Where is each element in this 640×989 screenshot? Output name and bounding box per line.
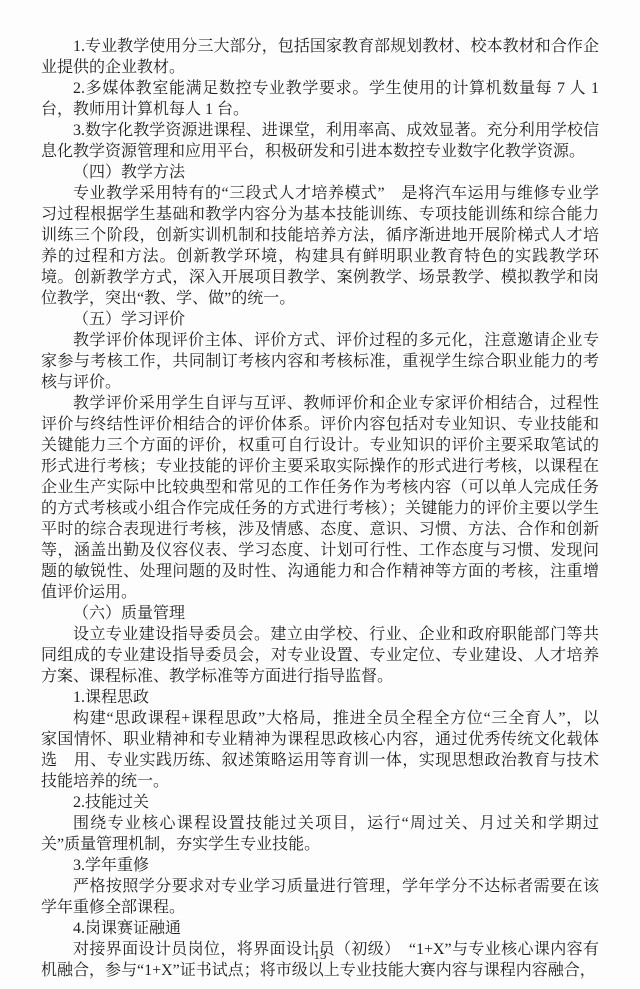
paragraph-course-ideology: 构建“思政课程+课程思政”大格局，推进全员全程全方位“三全育人”，以 家国情怀、…	[41, 708, 599, 792]
paragraph-teaching-methods: 专业教学采用特有的“三段式人才培养模式” 是将汽车运用与维修专业学习过程根据学生…	[41, 183, 599, 309]
subheading-course-ideology: 1.课程思政	[41, 687, 599, 708]
document-page: 1.专业教学使用分三大部分，包括国家教育部规划教材、校本教材和合作企业提供的企业…	[0, 0, 640, 989]
section-heading-4: （四）教学方法	[41, 162, 599, 183]
list-item-3: 3.数字化教学资源进课程、进课堂，利用率高、成效显著。充分利用学校信息化教学资源…	[41, 120, 599, 162]
paragraph-evaluation-1: 教学评价体现评价主体、评价方式、评价过程的多元化，注意邀请企业专家参与考核工作，…	[41, 330, 599, 393]
paragraph-quality-committee: 设立专业建设指导委员会。建立由学校、行业、企业和政府职能部门等共同组成的专业建设…	[41, 624, 599, 687]
paragraph-year-retake: 严格按照学分要求对专业学习质量进行管理，学年学分不达标者需要在该学年重修全部课程…	[41, 876, 599, 918]
section-heading-5: （五）学习评价	[41, 309, 599, 330]
subheading-year-retake: 3.学年重修	[41, 855, 599, 876]
list-item-2: 2.多媒体教室能满足数控专业教学要求。学生使用的计算机数量每 7 人 1 台，教…	[41, 78, 599, 120]
paragraph-evaluation-2: 教学评价采用学生自评与互评、教师评价和企业专家评价相结合，过程性评价与终结性评价…	[41, 393, 599, 603]
section-heading-6: （六）质量管理	[41, 603, 599, 624]
list-item-1: 1.专业教学使用分三大部分，包括国家教育部规划教材、校本教材和合作企业提供的企业…	[41, 36, 599, 78]
paragraph-skill-pass: 围绕专业核心课程设置技能过关项目，运行“周过关、月过关和学期过关”质量管理机制，…	[41, 813, 599, 855]
subheading-post-course-competition: 4.岗课赛证融通	[41, 918, 599, 939]
page-number: 13	[0, 947, 640, 963]
document-content: 1.专业教学使用分三大部分，包括国家教育部规划教材、校本教材和合作企业提供的企业…	[41, 36, 599, 981]
subheading-skill-pass: 2.技能过关	[41, 792, 599, 813]
